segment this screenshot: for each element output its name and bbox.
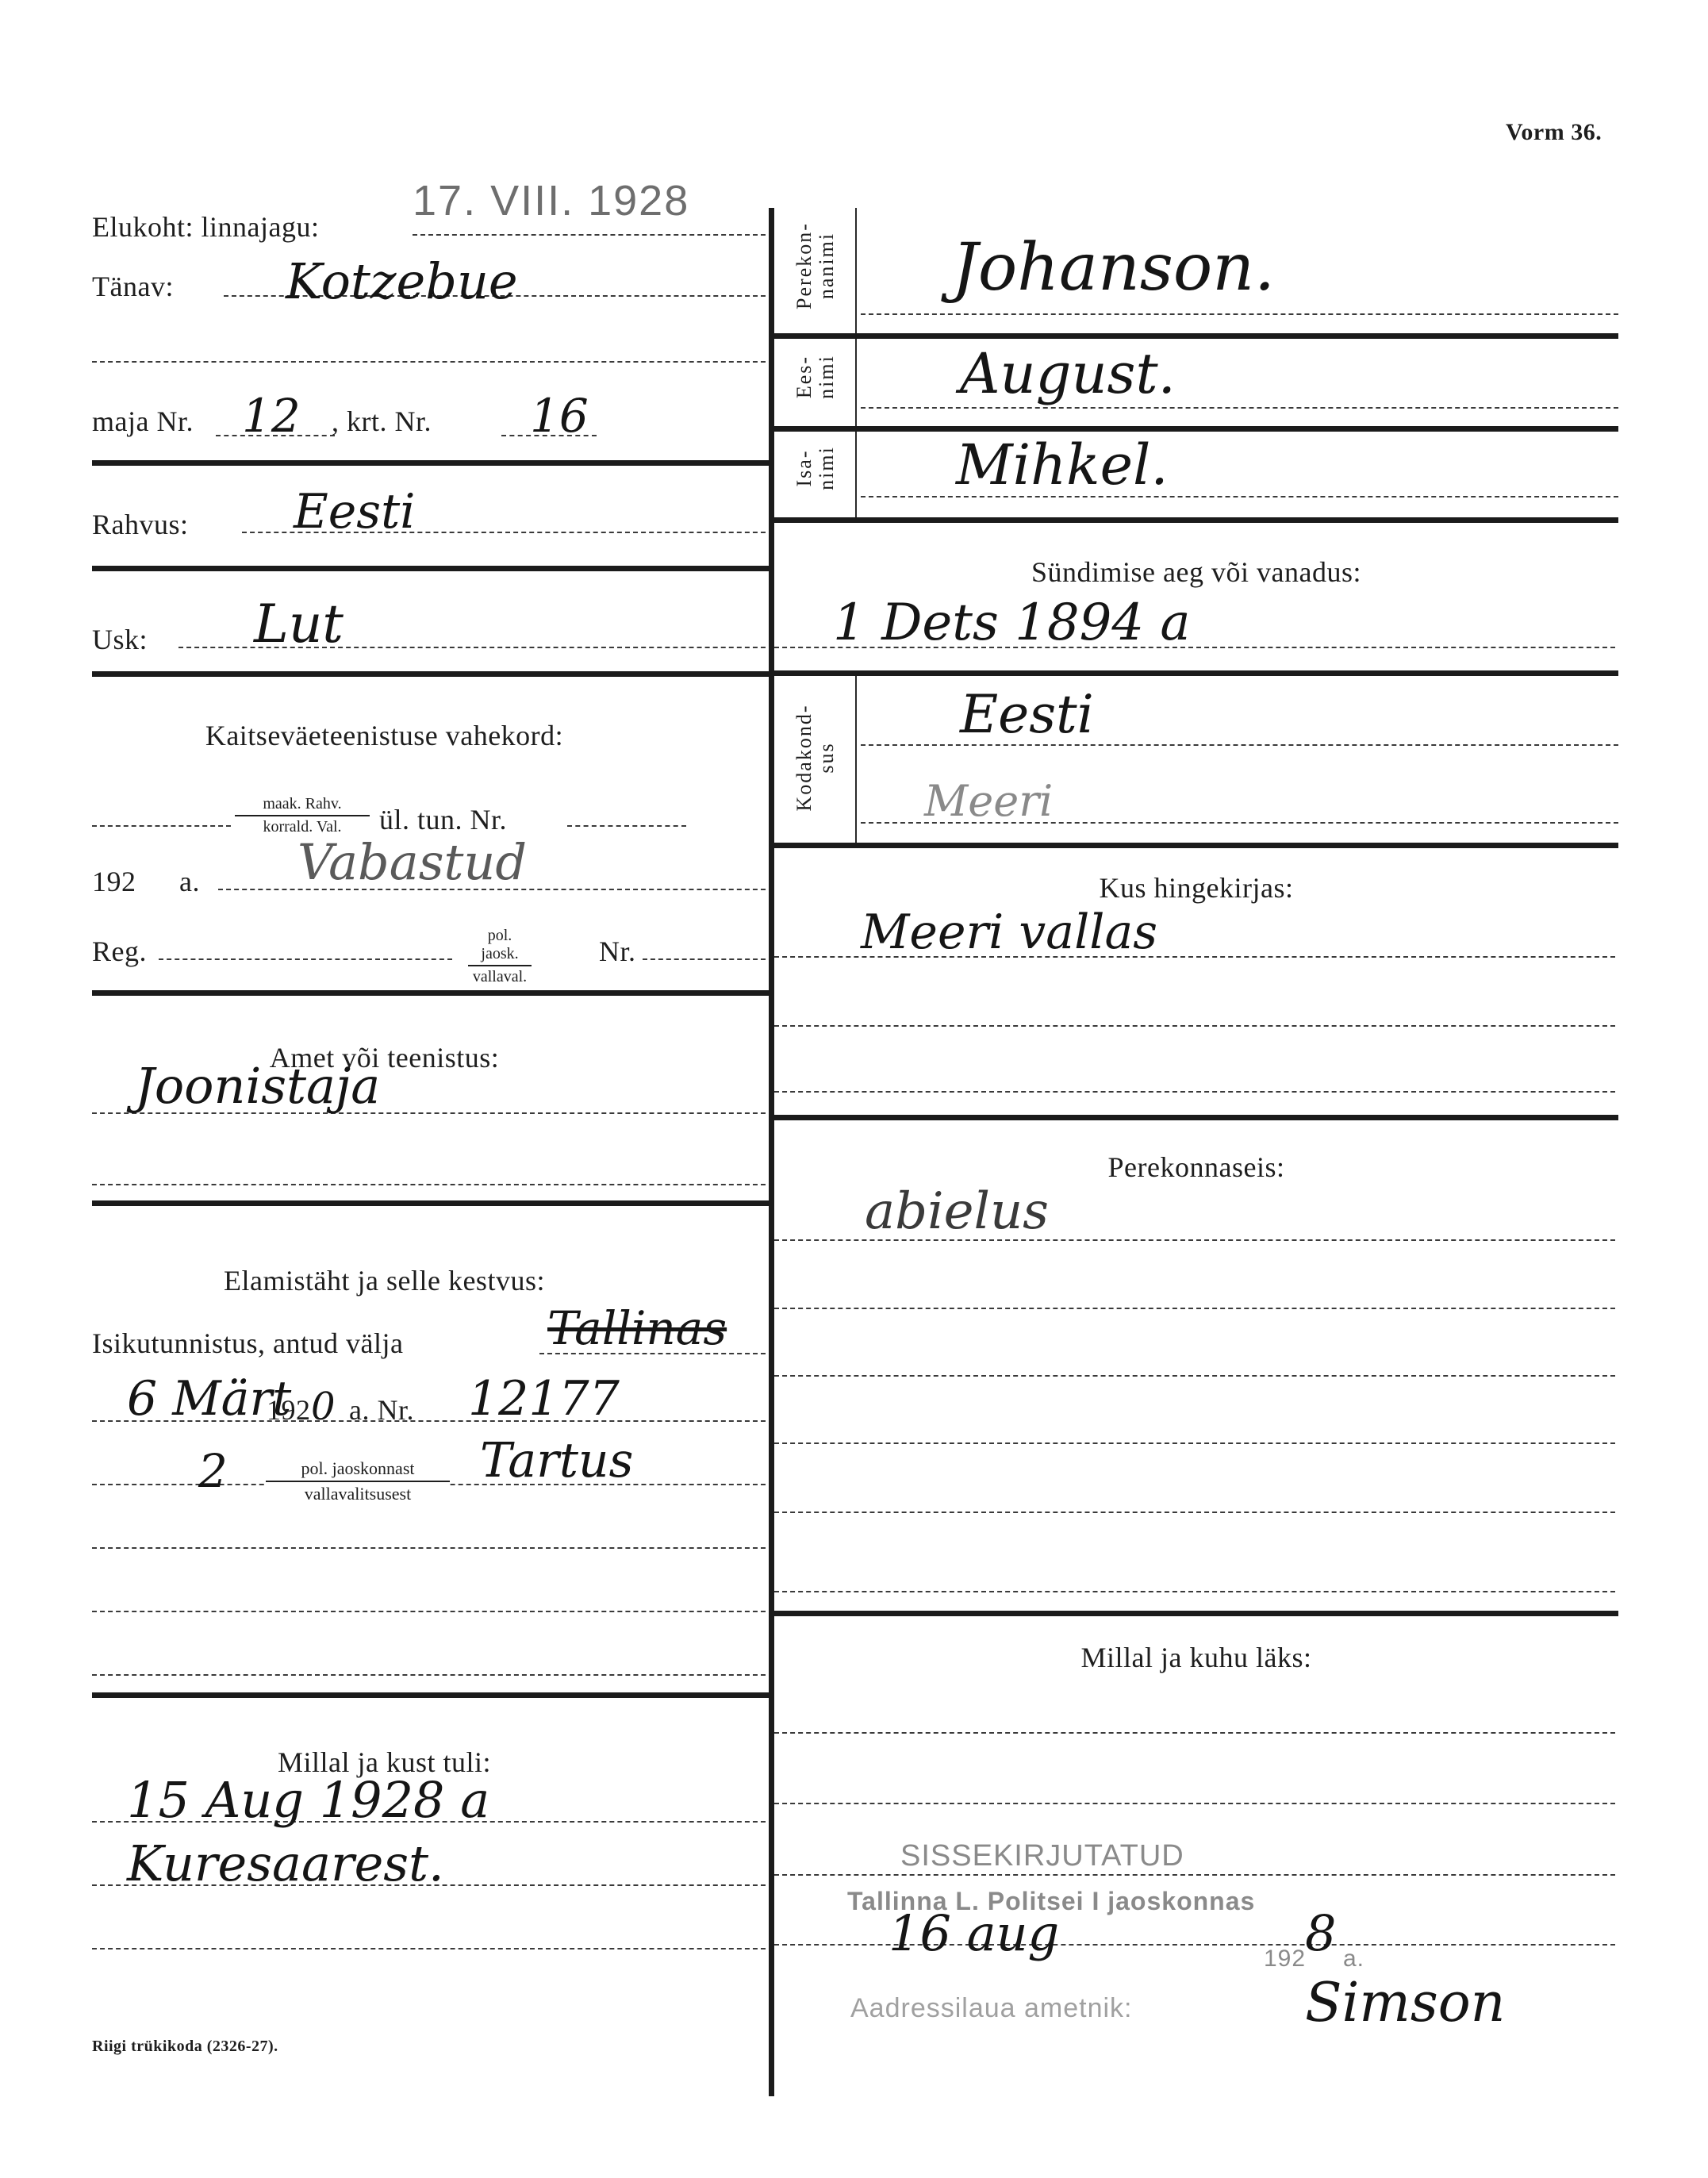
military-year-suffix: a. [179,865,200,898]
divider [92,1692,769,1698]
birth-heading: Sündimise aeg või vanadus: [774,555,1618,589]
military-line-1a [92,825,231,827]
label-religion: Usk: [92,623,148,656]
marital-heading: Perekonnaseis: [774,1150,1618,1184]
label-apartment: , krt. Nr. [332,405,432,438]
marital-line-4 [774,1442,1615,1444]
occupation-line-2 [92,1184,766,1185]
military-heading: Kaitseväeteenistuse vahekord: [0,719,769,752]
registry-line-2 [774,1025,1615,1027]
divider [92,1200,769,1206]
id-year-digit: 0 [311,1385,336,1429]
district-line [413,234,766,236]
divider [774,843,1618,848]
first-name-value: August. [960,341,1176,406]
side-label-citizenship: Kodakond- sus [793,682,838,833]
divider [92,671,769,677]
registry-heading: Kus hingekirjas: [774,871,1618,905]
label-reg-nr: Nr. [599,935,636,968]
registry-value: Meeri vallas [861,905,1157,960]
official-signature: Simson [1305,1972,1505,2034]
divider [774,1115,1618,1120]
stamp-official-label: Aadressilaua ametnik: [850,1993,1133,2024]
frac-bottom: vallaval. [468,966,532,986]
district-extra-line [92,361,766,363]
label-house: maja Nr. [92,405,194,438]
frac-top: pol. jaoskonnast [266,1458,450,1482]
center-divider [769,208,774,2096]
stamp-year-digit: 8 [1305,1904,1336,1962]
id-issued-by: Tartus [480,1433,633,1488]
occupation-heading: Amet või teenistus: [0,1041,769,1074]
stamp-registered: SISSEKIRJUTATUD [900,1839,1184,1873]
side-label-surname: Perekon- nanimi [793,206,838,325]
father-name-value: Mihkel. [956,432,1169,497]
divider [774,670,1618,676]
label-district: Elukoht: linnajagu: [92,210,319,244]
id-number: 12177 [468,1371,620,1427]
registry-line-3 [774,1091,1615,1093]
departure-line-3 [774,1874,1615,1876]
stamp-year-prefix: 192 [1264,1946,1306,1972]
names-label-divider [855,208,857,521]
frac-top: maak. Rahv. [235,795,370,816]
printer-imprint: Riigi trükikoda (2326-27). [92,2038,278,2056]
military-line-1b [567,825,686,827]
label-id-nr: a. Nr. [349,1393,414,1427]
departure-line-2 [774,1803,1615,1804]
label-reg: Reg. [92,935,147,968]
id-year-prefix: 192 [267,1393,311,1427]
citizenship-value: Eesti [960,684,1094,745]
military-year-prefix: 192 [92,865,136,898]
military-value: Vabastud [297,833,527,891]
departure-line-1 [774,1732,1615,1734]
label-id-issued: Isikutunnistus, antud välja [92,1327,403,1360]
citizenship-label-divider [855,676,857,843]
religion-value: Lut [254,593,344,655]
permit-line-6 [92,1674,766,1676]
reg-nr-line [643,958,766,960]
fraction-rahv-val: maak. Rahv. korrald. Val. [235,795,370,836]
divider [774,1611,1618,1616]
marital-line-3 [774,1375,1615,1377]
side-label-father-name: Isa- nimi [793,428,838,508]
surname-line [861,313,1618,315]
apartment-value: 16 [530,389,589,443]
arrival-date: 15 Aug 1928 a [127,1771,489,1829]
permit-line-5 [92,1611,766,1612]
frac-bottom: vallavalitsusest [266,1482,450,1504]
street-value: Kotzebue [286,252,518,310]
id-issued-place: Tallinas [547,1301,727,1355]
reg-line [159,958,452,960]
divider [92,460,769,466]
occupation-value: Joonistaja [135,1057,380,1115]
divider [92,990,769,996]
house-value: 12 [242,389,301,443]
frac-top: pol. jaosk. [468,927,532,966]
birth-value: 1 Dets 1894 a [833,593,1191,652]
label-street: Tänav: [92,270,174,303]
label-cert: ül. tun. Nr. [379,803,507,836]
surname-value: Johanson. [952,230,1275,305]
citizenship-value-2: Meeri [924,776,1053,826]
date-stamp: 17. VIII. 1928 [413,176,689,225]
permit-heading: Elamistäht ja selle kestvus: [0,1264,769,1297]
arrival-from: Kuresaarest. [127,1834,444,1892]
side-label-first-name: Ees- nimi [793,337,838,417]
stamp-date: 16 aug [889,1904,1059,1962]
marital-line-2 [774,1308,1615,1309]
arrival-line-3 [92,1948,766,1949]
stamp-year-suffix: a. [1343,1946,1364,1972]
fraction-jaoskonnast: pol. jaoskonnast vallavalitsusest [266,1458,450,1504]
divider [774,517,1618,523]
departure-heading: Millal ja kuhu läks: [774,1641,1618,1674]
divider [774,426,1618,432]
label-nationality: Rahvus: [92,508,189,541]
marital-value: abielus [865,1182,1049,1241]
divider [774,333,1618,339]
divider [92,566,769,571]
marital-line-5 [774,1512,1615,1513]
marital-line-6 [774,1591,1615,1592]
permit-line-4 [92,1547,766,1549]
first-name-line [861,407,1618,409]
form-number: Vorm 36. [1506,119,1602,146]
id-district-number: 2 [198,1444,228,1498]
fraction-jaosk-vallaval: pol. jaosk. vallaval. [468,927,532,986]
nationality-value: Eesti [294,484,415,540]
